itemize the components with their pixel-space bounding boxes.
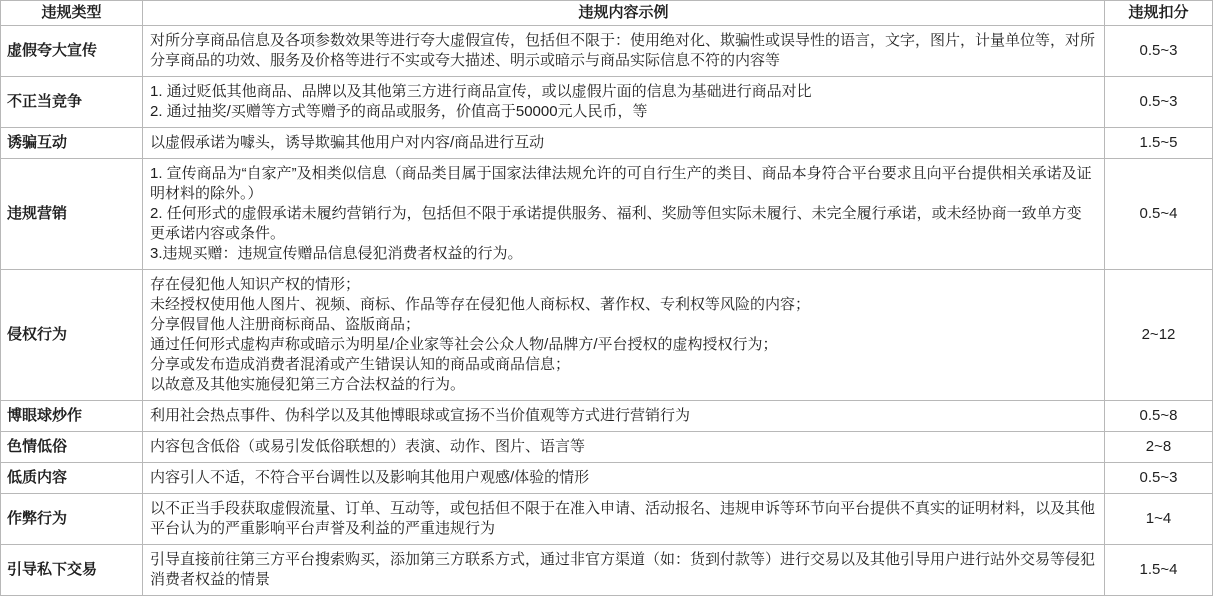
violation-score-cell: 1~4 xyxy=(1105,494,1213,545)
violation-score-cell: 2~8 xyxy=(1105,432,1213,463)
table-row: 虚假夸大宣传 对所分享商品信息及各项参数效果等进行夸大虚假宣传，包括但不限于：使… xyxy=(1,26,1213,77)
violation-score-cell: 0.5~8 xyxy=(1105,401,1213,432)
violation-type-cell: 诱骗互动 xyxy=(1,128,143,159)
violation-example-cell: 内容包含低俗（或易引发低俗联想的）表演、动作、图片、语言等 xyxy=(143,432,1105,463)
table-row: 低质内容 内容引人不适，不符合平台调性以及影响其他用户观感/体验的情形 0.5~… xyxy=(1,463,1213,494)
violation-example-cell: 1. 宣传商品为“自家产”及相类似信息（商品类目属于国家法律法规允许的可自行生产… xyxy=(143,159,1105,270)
violation-type-cell: 侵权行为 xyxy=(1,270,143,401)
table-row: 侵权行为 存在侵犯他人知识产权的情形； 未经授权使用他人图片、视频、商标、作品等… xyxy=(1,270,1213,401)
table-row: 博眼球炒作 利用社会热点事件、伪科学以及其他博眼球或宣扬不当价值观等方式进行营销… xyxy=(1,401,1213,432)
violation-type-cell: 引导私下交易 xyxy=(1,545,143,596)
table-row: 不正当竞争 1. 通过贬低其他商品、品牌以及其他第三方进行商品宣传，或以虚假片面… xyxy=(1,77,1213,128)
violation-score-cell: 1.5~4 xyxy=(1105,545,1213,596)
violation-score-cell: 0.5~3 xyxy=(1105,26,1213,77)
violation-type-cell: 色情低俗 xyxy=(1,432,143,463)
violation-score-cell: 0.5~3 xyxy=(1105,77,1213,128)
violation-rules-table: 违规类型 违规内容示例 违规扣分 虚假夸大宣传 对所分享商品信息及各项参数效果等… xyxy=(0,0,1213,596)
violation-example-cell: 对所分享商品信息及各项参数效果等进行夸大虚假宣传，包括但不限于：使用绝对化、欺骗… xyxy=(143,26,1105,77)
violation-score-cell: 0.5~4 xyxy=(1105,159,1213,270)
header-row: 违规类型 违规内容示例 违规扣分 xyxy=(1,1,1213,26)
violation-example-cell: 引导直接前往第三方平台搜索购买，添加第三方联系方式，通过非官方渠道（如：货到付款… xyxy=(143,545,1105,596)
table-row: 作弊行为 以不正当手段获取虚假流量、订单、互动等，或包括但不限于在准入申请、活动… xyxy=(1,494,1213,545)
header-violation-score: 违规扣分 xyxy=(1105,1,1213,26)
violation-example-cell: 1. 通过贬低其他商品、品牌以及其他第三方进行商品宣传，或以虚假片面的信息为基础… xyxy=(143,77,1105,128)
header-violation-example: 违规内容示例 xyxy=(143,1,1105,26)
violation-type-cell: 博眼球炒作 xyxy=(1,401,143,432)
table-row: 引导私下交易 引导直接前往第三方平台搜索购买，添加第三方联系方式，通过非官方渠道… xyxy=(1,545,1213,596)
violation-type-cell: 作弊行为 xyxy=(1,494,143,545)
violation-example-cell: 利用社会热点事件、伪科学以及其他博眼球或宣扬不当价值观等方式进行营销行为 xyxy=(143,401,1105,432)
violation-score-cell: 1.5~5 xyxy=(1105,128,1213,159)
violation-example-cell: 内容引人不适，不符合平台调性以及影响其他用户观感/体验的情形 xyxy=(143,463,1105,494)
violation-example-cell: 以不正当手段获取虚假流量、订单、互动等，或包括但不限于在准入申请、活动报名、违规… xyxy=(143,494,1105,545)
header-violation-type: 违规类型 xyxy=(1,1,143,26)
violation-type-cell: 不正当竞争 xyxy=(1,77,143,128)
table-row: 诱骗互动 以虚假承诺为噱头，诱导欺骗其他用户对内容/商品进行互动 1.5~5 xyxy=(1,128,1213,159)
violation-type-cell: 违规营销 xyxy=(1,159,143,270)
violation-score-cell: 2~12 xyxy=(1105,270,1213,401)
table-row: 违规营销 1. 宣传商品为“自家产”及相类似信息（商品类目属于国家法律法规允许的… xyxy=(1,159,1213,270)
violation-type-cell: 低质内容 xyxy=(1,463,143,494)
violation-example-cell: 存在侵犯他人知识产权的情形； 未经授权使用他人图片、视频、商标、作品等存在侵犯他… xyxy=(143,270,1105,401)
violation-type-cell: 虚假夸大宣传 xyxy=(1,26,143,77)
violation-score-cell: 0.5~3 xyxy=(1105,463,1213,494)
table-row: 色情低俗 内容包含低俗（或易引发低俗联想的）表演、动作、图片、语言等 2~8 xyxy=(1,432,1213,463)
violation-example-cell: 以虚假承诺为噱头，诱导欺骗其他用户对内容/商品进行互动 xyxy=(143,128,1105,159)
